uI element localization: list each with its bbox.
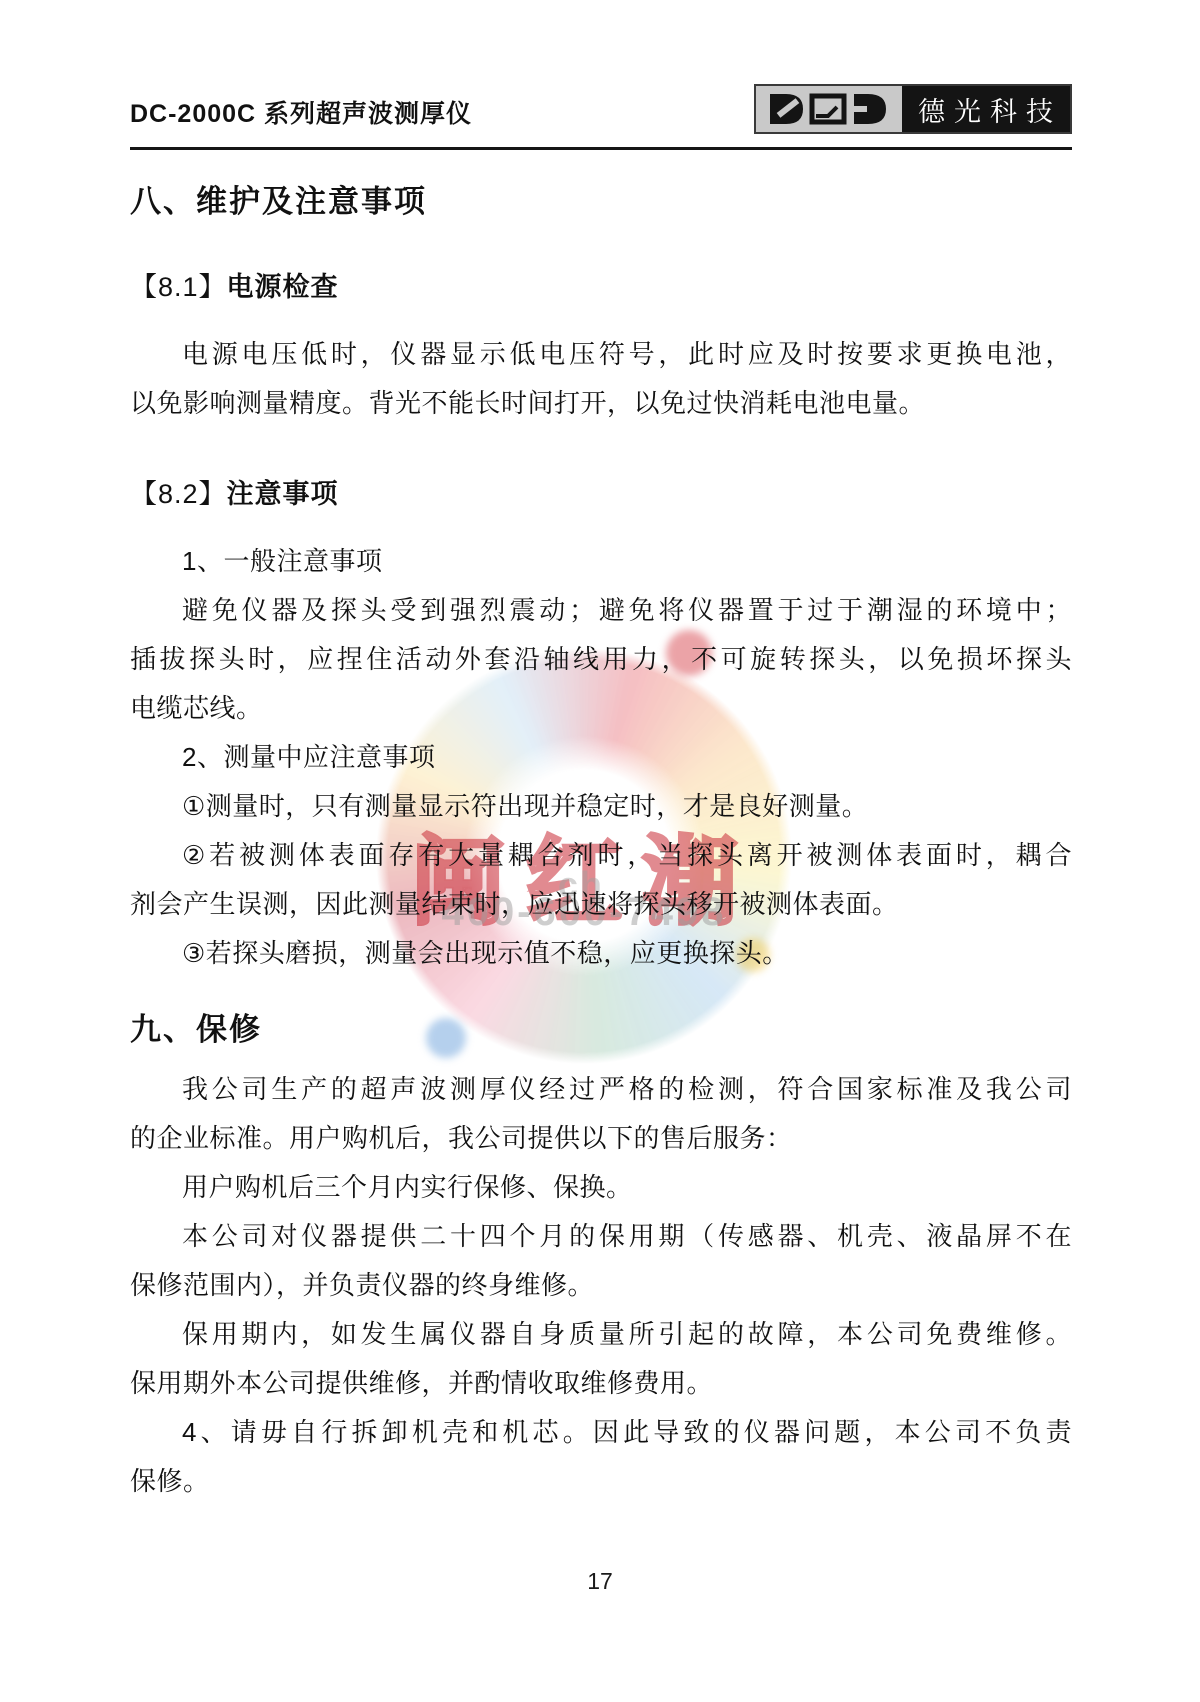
paragraph-line: 保修范围内），并负责仪器的终身维修。: [130, 1261, 1072, 1310]
paragraph: 用户购机后三个月内实行保修、保换。: [130, 1163, 1072, 1212]
paragraph-line: 剂会产生误测，因此测量结束时，应迅速将探头移开被测体表面。: [130, 880, 1072, 929]
company-name: 德光科技: [902, 86, 1070, 132]
paragraph-line: 2、测量中应注意事项: [130, 733, 1072, 782]
page-header: DC-2000C 系列超声波测厚仪 德光科技: [130, 0, 1072, 134]
paragraph: 保用期内，如发生属仪器自身质量所引起的故障，本公司免费维修。保用期外本公司提供维…: [130, 1310, 1072, 1408]
page-number: 17: [587, 1568, 613, 1594]
paragraph: ①测量时，只有测量显示符出现并稳定时，才是良好测量。: [130, 782, 1072, 831]
paragraph-line: 以免影响测量精度。背光不能长时间打开，以免过快消耗电池电量。: [130, 379, 1072, 428]
section-heading: 【8.1】电源检查: [130, 265, 1072, 304]
paragraph: 1、一般注意事项: [130, 537, 1072, 586]
paragraph: 4、请毋自行拆卸机壳和机芯。因此导致的仪器问题，本公司不负责保修。: [130, 1408, 1072, 1506]
document-title: DC-2000C 系列超声波测厚仪: [130, 94, 472, 134]
paragraph-line: ②若被测体表面存有大量耦合剂时，当探头离开被测体表面时，耦合: [130, 831, 1072, 880]
paragraph: 电源电压低时，仪器显示低电压符号，此时应及时按要求更换电池，以免影响测量精度。背…: [130, 330, 1072, 428]
section-title: 注意事项: [227, 479, 339, 509]
paragraph-line: 本公司对仪器提供二十四个月的保用期（传感器、机壳、液晶屏不在: [130, 1212, 1072, 1261]
paragraph-line: 插拔探头时，应捏住活动外套沿轴线用力，不可旋转探头，以免损坏探头: [130, 635, 1072, 684]
section-heading: 【8.2】注意事项: [130, 472, 1072, 511]
paragraph-line: 1、一般注意事项: [130, 537, 1072, 586]
paragraph-line: ③若探头磨损，测量会出现示值不稳，应更换探头。: [130, 929, 1072, 978]
paragraph: 本公司对仪器提供二十四个月的保用期（传感器、机壳、液晶屏不在保修范围内），并负责…: [130, 1212, 1072, 1310]
section-number: 【8.1】: [130, 272, 227, 302]
paragraph: 避免仪器及探头受到强烈震动；避免将仪器置于过于潮湿的环境中；插拔探头时，应捏住活…: [130, 586, 1072, 733]
document-body: 八、维护及注意事项【8.1】电源检查电源电压低时，仪器显示低电压符号，此时应及时…: [130, 176, 1072, 1506]
chapter-heading: 九、保修: [130, 1004, 1072, 1049]
paragraph-line: 用户购机后三个月内实行保修、保换。: [130, 1163, 1072, 1212]
dgd-logo-icon: [766, 89, 892, 129]
paragraph-line: 电缆芯线。: [130, 684, 1072, 733]
paragraph-line: 保用期外本公司提供维修，并酌情收取维修费用。: [130, 1359, 1072, 1408]
paragraph: 我公司生产的超声波测厚仪经过严格的检测，符合国家标准及我公司的企业标准。用户购机…: [130, 1065, 1072, 1163]
chapter-heading: 八、维护及注意事项: [130, 176, 1072, 221]
document-page: 闽红潮 ch 400-600-7498 DC-2000C 系列超声波测厚仪: [0, 0, 1200, 1702]
paragraph: 2、测量中应注意事项: [130, 733, 1072, 782]
paragraph-line: 保用期内，如发生属仪器自身质量所引起的故障，本公司免费维修。: [130, 1310, 1072, 1359]
section-title: 电源检查: [227, 272, 339, 302]
paragraph-line: 4、请毋自行拆卸机壳和机芯。因此导致的仪器问题，本公司不负责: [130, 1408, 1072, 1457]
company-logo: 德光科技: [754, 84, 1072, 134]
paragraph-line: 我公司生产的超声波测厚仪经过严格的检测，符合国家标准及我公司: [130, 1065, 1072, 1114]
paragraph: ③若探头磨损，测量会出现示值不稳，应更换探头。: [130, 929, 1072, 978]
header-rule: [130, 147, 1072, 150]
paragraph-line: 的企业标准。用户购机后，我公司提供以下的售后服务：: [130, 1114, 1072, 1163]
paragraph-line: 保修。: [130, 1457, 1072, 1506]
paragraph: ②若被测体表面存有大量耦合剂时，当探头离开被测体表面时，耦合剂会产生误测，因此测…: [130, 831, 1072, 929]
paragraph-line: 电源电压低时，仪器显示低电压符号，此时应及时按要求更换电池，: [130, 330, 1072, 379]
page-footer: 17: [0, 1568, 1200, 1595]
section-number: 【8.2】: [130, 479, 227, 509]
paragraph-line: ①测量时，只有测量显示符出现并稳定时，才是良好测量。: [130, 782, 1072, 831]
paragraph-line: 避免仪器及探头受到强烈震动；避免将仪器置于过于潮湿的环境中；: [130, 586, 1072, 635]
